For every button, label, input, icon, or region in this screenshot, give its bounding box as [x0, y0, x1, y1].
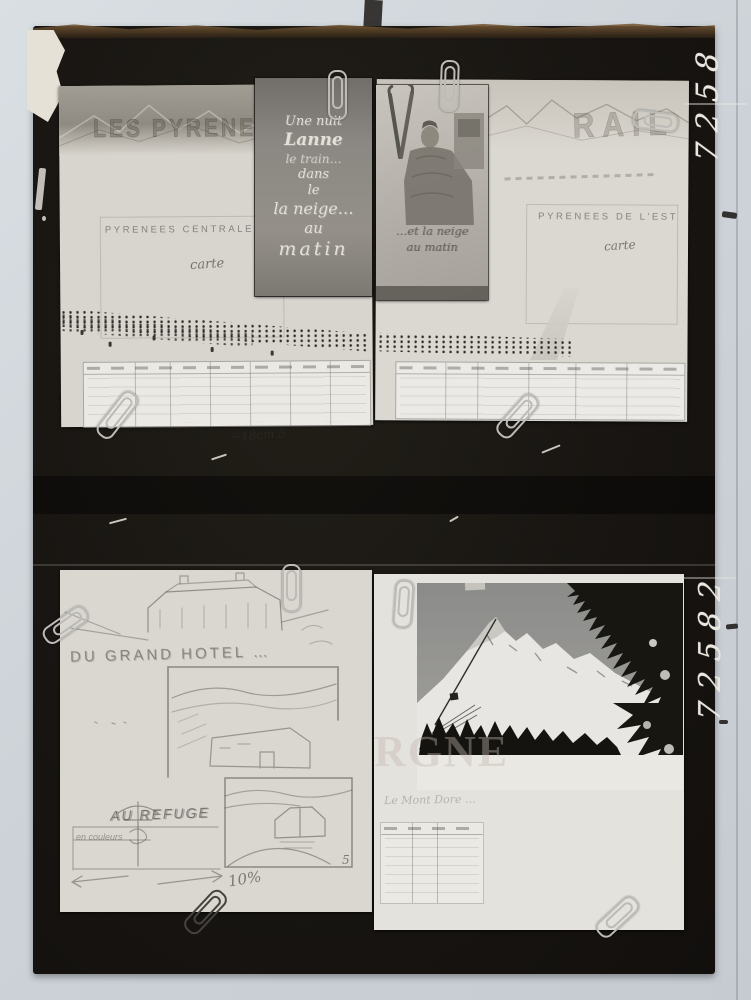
margin-mark: [722, 211, 738, 219]
paper-clip: [328, 70, 347, 120]
panel-bottom-strip: [376, 286, 488, 300]
table-header-scribble: [384, 827, 480, 830]
handwritten-note: carte: [604, 237, 636, 253]
timetable-grid: [380, 822, 484, 904]
skier-figure: [81, 330, 84, 335]
skier-figure: [271, 351, 274, 356]
night-text-panel: Une nuit Lanne le train… dans le la neig…: [255, 78, 372, 296]
scratch-mark: [109, 518, 127, 525]
board-seam: [33, 564, 715, 566]
color-note: en couleurs: [76, 832, 123, 842]
panel-text-line: Lanne: [255, 130, 372, 151]
tape: [465, 583, 485, 591]
region-label: PYRENEES DE L'EST: [538, 211, 678, 223]
paper-clip: [439, 60, 460, 113]
margin-scratch-line: [736, 0, 738, 1000]
handwritten-note: carte: [190, 256, 225, 273]
reference-number-bottom: 72582: [693, 536, 728, 755]
reference-number-top: 7258: [691, 24, 726, 178]
skier-figure: [211, 347, 214, 352]
illegible-scribble: [504, 173, 654, 180]
panel-text-line: le train…: [255, 152, 372, 167]
panel-text-line: matin: [255, 238, 372, 262]
board-divider-band: [33, 476, 715, 514]
panel-caption: …et la neige au matin: [380, 223, 484, 255]
photo-sheet-mont-dore: RGNE Le Mont Dore …: [374, 574, 684, 930]
scratch-mark: [541, 444, 560, 453]
photo-board: LES PYRENEES… PYRENEES CENTRALES carte ~…: [33, 26, 715, 974]
panel-text-line: Une nuit: [255, 114, 372, 130]
watermark-text: RGNE: [374, 726, 509, 777]
skier-figure: [109, 342, 112, 347]
photo-caption: Le Mont Dore …: [384, 790, 634, 807]
timetable-grid: [395, 361, 685, 421]
paper-clip: [282, 564, 301, 612]
table-header-scribble: [399, 366, 681, 370]
paper-clip: [392, 579, 414, 628]
panel-text-line: dans: [255, 167, 372, 183]
table-header-scribble: [87, 365, 367, 370]
sketch-sheet-grand-hotel: DU GRAND HOTEL … AU REFUGE en couleurs 1…: [60, 570, 372, 912]
corner-mark: 5: [342, 853, 350, 867]
scratch-mark: [449, 516, 459, 523]
skier-figure: [153, 335, 156, 340]
region-label: PYRENEES CENTRALES: [105, 224, 263, 236]
skier-photo-panel: …et la neige au matin: [376, 85, 488, 300]
panel-text-line: le: [255, 183, 372, 199]
photograph-of-contact-board: LES PYRENEES… PYRENEES CENTRALES carte ~…: [0, 0, 751, 1000]
emulsion-flaw: [42, 216, 46, 221]
scratch-mark: [211, 454, 227, 461]
panel-text-line: la neige…: [255, 199, 372, 219]
pencil-sketches: [60, 570, 372, 912]
emulsion-flaw: [35, 168, 46, 211]
measurement-note: ~18cm 5: [231, 426, 287, 444]
panel-text-line: au: [255, 219, 372, 238]
man-with-skis-figure: [376, 85, 488, 300]
cable-car-cabin: [450, 692, 459, 700]
